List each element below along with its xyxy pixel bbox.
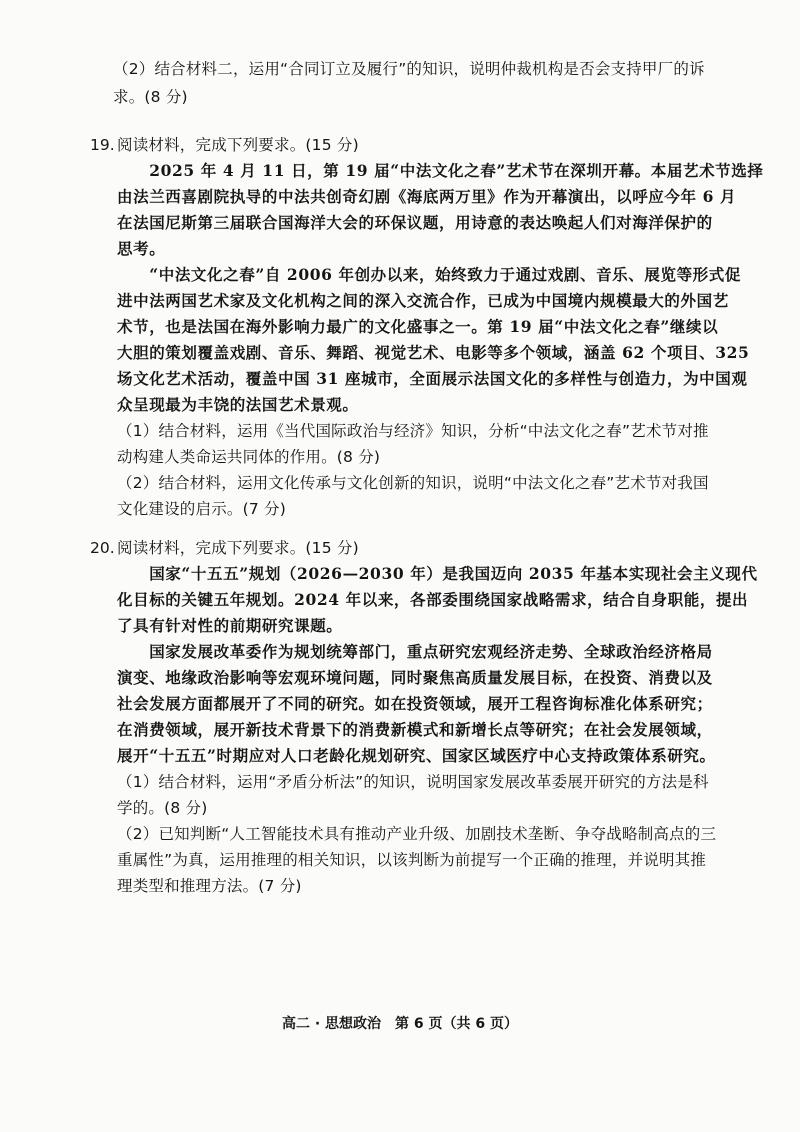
sub-question-line: 文化建设的启示。(7 分) (117, 498, 286, 520)
material-line: 国家“十五五”规划（2026—2030 年）是我国迈向 2035 年基本实现社会… (117, 563, 758, 585)
material-line: 由法兰西喜剧院执导的中法共创奇幻剧《海底两万里》作为开幕演出，以呼应今年 6 月 (117, 186, 736, 208)
material-line: “中法文化之春”自 2006 年创办以来，始终致力于通过戏剧、音乐、展览等形式促 (117, 264, 741, 286)
sub-question-line: （1）结合材料，运用“矛盾分析法”的知识，说明国家发展改革委展开研究的方法是科 (117, 771, 709, 793)
material-line: 术节，也是法国在海外影响力最广的文化盛事之一。第 19 届“中法文化之春”继续以 (117, 316, 718, 338)
material-line: 展开“十五五”时期应对人口老龄化规划研究、国家区域医疗中心支持政策体系研究。 (117, 745, 716, 767)
sub-question-line: （1）结合材料，运用《当代国际政治与经济》知识，分析“中法文化之春”艺术节对推 (117, 420, 709, 442)
material-line: 国家发展改革委作为规划统筹部门，重点研究宏观经济走势、全球政治经济格局 (117, 641, 713, 663)
material-line: 2025 年 4 月 11 日，第 19 届“中法文化之春”艺术节在深圳开幕。本… (117, 160, 763, 182)
question-prompt: 阅读材料，完成下列要求。(15 分) (117, 537, 359, 559)
sub-question-line: （2）结合材料，运用文化传承与文化创新的知识，说明“中法文化之春”艺术节对我国 (117, 472, 709, 494)
q18-part2-line-1: （2）结合材料二，运用“合同订立及履行”的知识，说明仲裁机构是否会支持甲厂的诉 (113, 58, 705, 80)
material-line: 场文化艺术活动，覆盖中国 31 座城市，全面展示法国文化的多样性与创造力，为中国… (117, 368, 747, 390)
page-footer: 高二 · 思想政治 第 6 页（共 6 页） (0, 1013, 800, 1033)
material-line: 在法国尼斯第三届联合国海洋大会的环保议题，用诗意的表达唤起人们对海洋保护的 (117, 212, 713, 234)
sub-question-line: 动构建人类命运共同体的作用。(8 分) (117, 446, 380, 468)
material-line: 了具有针对性的前期研究课题。 (117, 615, 342, 637)
question-number: 20. (90, 537, 115, 559)
material-line: 思考。 (117, 238, 165, 260)
material-line: 大胆的策划覆盖戏剧、音乐、舞蹈、视觉艺术、电影等多个领域，涵盖 62 个项目、3… (117, 342, 749, 364)
q18-part2-line-2: 求。(8 分) (113, 86, 188, 108)
sub-question-line: （2）已知判断“人工智能技术具有推动产业升级、加剧技术垄断、争夺战略制高点的三 (117, 823, 716, 845)
material-line: 众呈现最为丰饶的法国艺术景观。 (117, 394, 359, 416)
exam-page: （2）结合材料二，运用“合同订立及履行”的知识，说明仲裁机构是否会支持甲厂的诉 … (0, 0, 800, 1132)
sub-question-line: 学的。(8 分) (117, 797, 207, 819)
sub-question-line: 重属性”为真，运用推理的相关知识，以该判断为前提写一个正确的推理，并说明其推 (117, 849, 706, 871)
material-line: 在消费领域，展开新技术背景下的消费新模式和新增长点等研究；在社会发展领域， (117, 719, 713, 741)
material-line: 化目标的关键五年规划。2024 年以来，各部委围绕国家战略需求，结合自身职能，提… (117, 589, 748, 611)
material-line: 演变、地缘政治影响等宏观环境问题，同时聚焦高质量发展目标，在投资、消费以及 (117, 667, 713, 689)
question-number: 19. (90, 134, 115, 156)
material-line: 社会发展方面都展开了不同的研究。如在投资领域，展开工程咨询标准化体系研究； (117, 693, 713, 715)
question-prompt: 阅读材料，完成下列要求。(15 分) (117, 134, 359, 156)
sub-question-line: 理类型和推理方法。(7 分) (117, 875, 302, 897)
material-line: 进中法两国艺术家及文化机构之间的深入交流合作，已成为中国境内规模最大的外国艺 (117, 290, 729, 312)
